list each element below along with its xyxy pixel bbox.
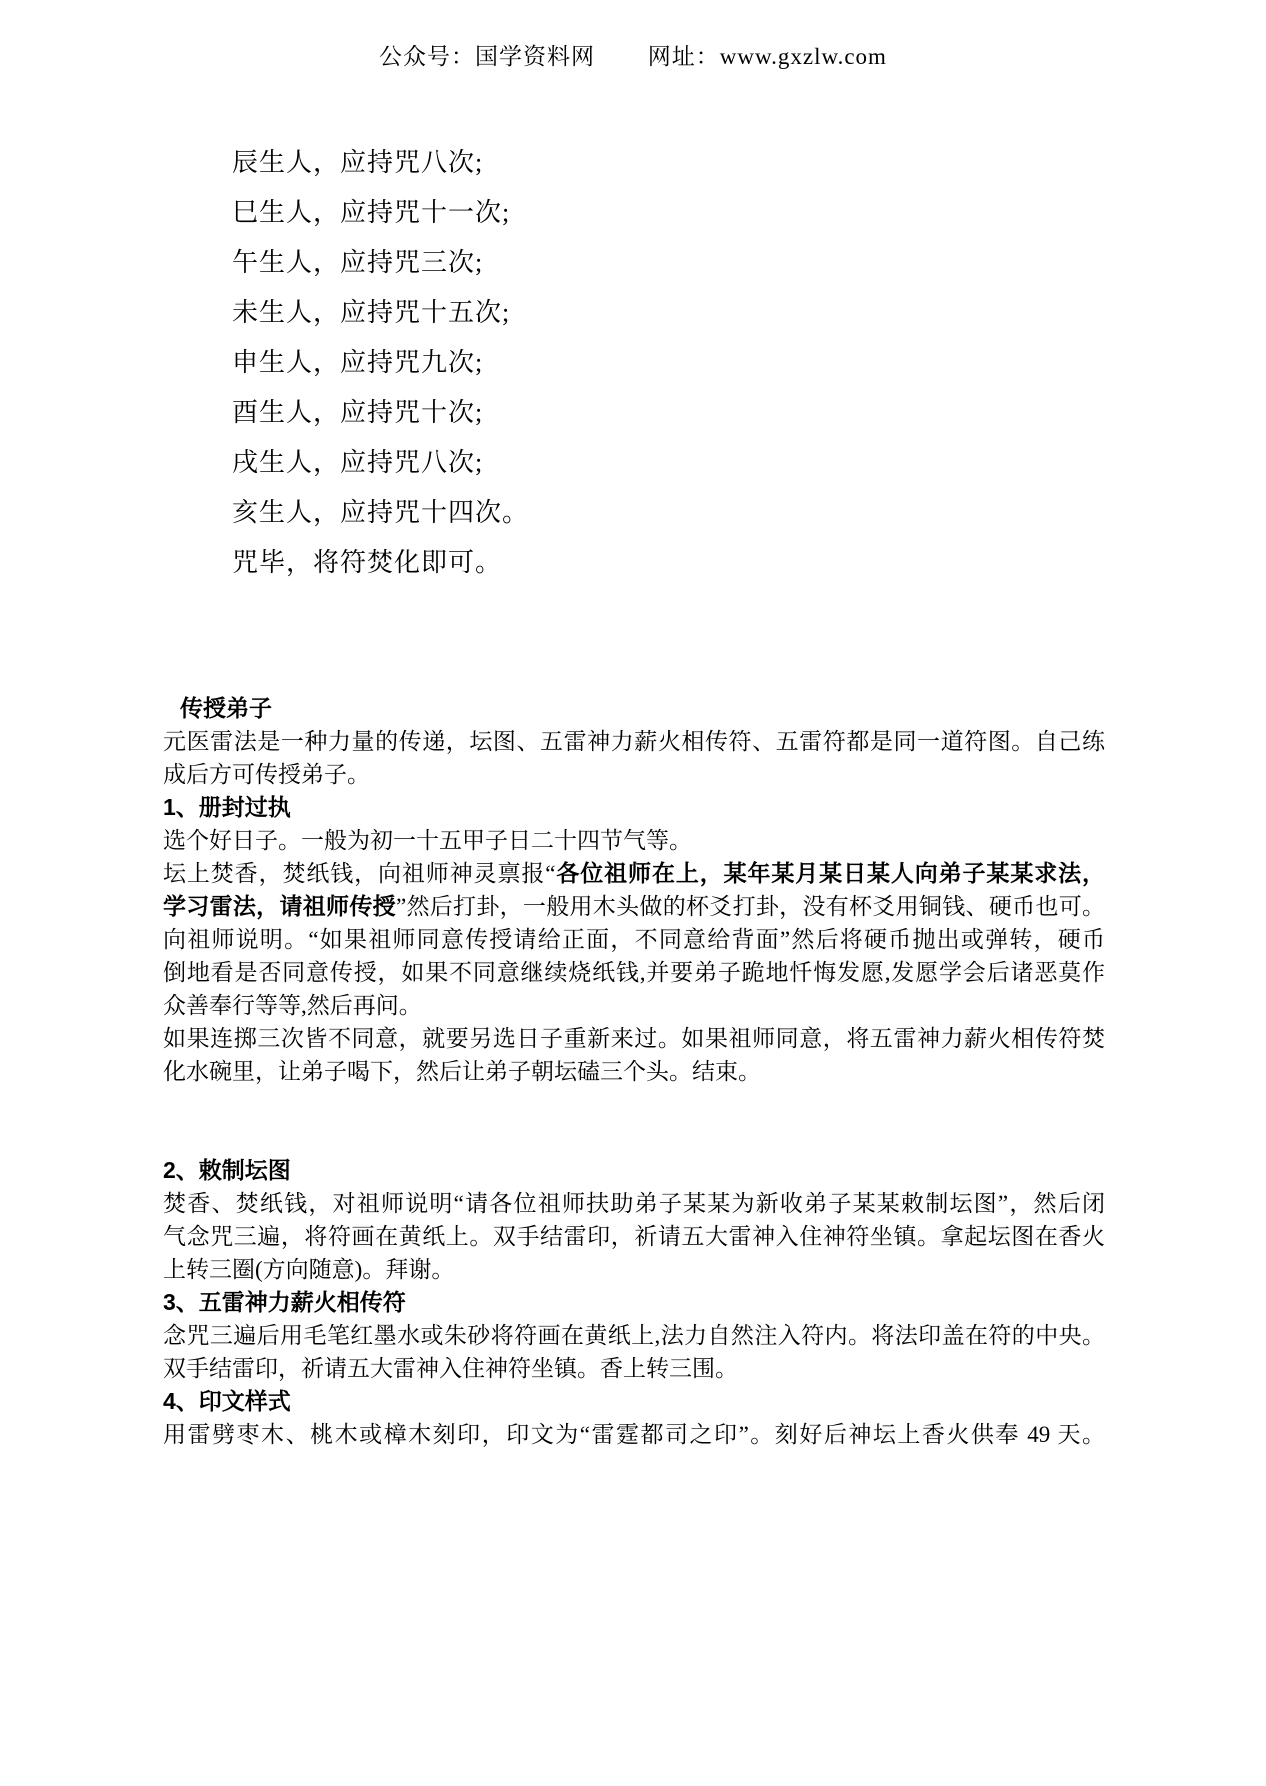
body-line: 向祖师说明。“如果祖师同意传授请给正面，不同意给背面”然后将硬币抛出或弹转，硬币 [163,923,1105,956]
text-segment: 元医雷法是一种力量的传递，坛图、五雷神力薪火相传符、五雷符都是同一道符图。自己练 [163,729,1105,754]
section-heading: 3、五雷神力薪火相传符 [163,1286,1105,1319]
body-line: 念咒三遍后用毛笔红墨水或朱砂将符画在黄纸上,法力自然注入符内。将法印盖在符的中央… [163,1319,1105,1352]
bold-text-segment: 各位祖师在上，某年某月某日某人向弟子某某求法， [555,860,1105,886]
text-segment: 双手结雷印，祈请五大雷神入住神符坐镇。香上转三围。 [163,1356,738,1381]
body-line: 化水碗里，让弟子喝下，然后让弟子朝坛磕三个头。结束。 [163,1055,1105,1088]
text-segment: 用雷劈枣木、桃木或樟木刻印，印文为“雷霆都司之印”。刻好后神坛上香火供奉 49 … [163,1422,1105,1447]
chant-list-item: 亥生人，应持咒十四次。 [232,488,529,538]
bold-text-segment: 1、册封过执 [163,794,291,820]
chant-list-item: 巳生人，应持咒十一次; [232,188,529,238]
body-line: 元医雷法是一种力量的传递，坛图、五雷神力薪火相传符、五雷符都是同一道符图。自己练 [163,725,1105,758]
text-segment: 化水碗里，让弟子喝下，然后让弟子朝坛磕三个头。结束。 [163,1059,761,1084]
bold-text-segment: 3、五雷神力薪火相传符 [163,1289,406,1315]
body-line: 众善奉行等等,然后再问。 [163,989,1105,1022]
chant-list: 辰生人，应持咒八次;巳生人，应持咒十一次;午生人，应持咒三次;未生人，应持咒十五… [232,138,529,588]
body-line: 双手结雷印，祈请五大雷神入住神符坐镇。香上转三围。 [163,1352,1105,1385]
page-header: 公众号：国学资料网 网址：www.gxzlw.com [0,38,1266,71]
paragraph-gap [163,1088,1105,1154]
section-heading: 4、印文样式 [163,1385,1105,1418]
body-line: 成后方可传授弟子。 [163,758,1105,791]
text-segment: 向祖师说明。“如果祖师同意传授请给正面，不同意给背面”然后将硬币抛出或弹转，硬币 [163,927,1105,952]
text-segment: 坛上焚香，焚纸钱，向祖师神灵禀报“ [163,861,555,886]
section-heading: 2、敕制坛图 [163,1154,1105,1187]
chant-list-item: 戌生人，应持咒八次; [232,438,529,488]
text-segment: 焚香、焚纸钱，对祖师说明“请各位祖师扶助弟子某某为新收弟子某某敕制坛图”，然后闭 [163,1191,1105,1216]
chant-list-item: 咒毕，将符焚化即可。 [232,538,529,588]
section-heading: 1、册封过执 [163,791,1105,824]
chant-list-item: 申生人，应持咒九次; [232,338,529,388]
text-segment: 选个好日子。一般为初一十五甲子日二十四节气等。 [163,828,692,853]
chant-list-item: 酉生人，应持咒十次; [232,388,529,438]
text-segment: 上转三圈(方向随意)。拜谢。 [163,1257,454,1282]
body-line: 坛上焚香，焚纸钱，向祖师神灵禀报“各位祖师在上，某年某月某日某人向弟子某某求法， [163,857,1105,890]
body-line: 气念咒三遍，将符画在黄纸上。双手结雷印，祈请五大雷神入住神符坐镇。拿起坛图在香火 [163,1220,1105,1253]
document-page: 公众号：国学资料网 网址：www.gxzlw.com 辰生人，应持咒八次;巳生人… [0,0,1266,1786]
chant-list-item: 辰生人，应持咒八次; [232,138,529,188]
body-line: 如果连掷三次皆不同意，就要另选日子重新来过。如果祖师同意，将五雷神力薪火相传符焚 [163,1022,1105,1055]
body-text: 传授弟子元医雷法是一种力量的传递，坛图、五雷神力薪火相传符、五雷符都是同一道符图… [163,692,1105,1451]
body-line: 学习雷法，请祖师传授”然后打卦，一般用木头做的杯爻打卦，没有杯爻用铜钱、硬币也可… [163,890,1105,923]
section-heading: 传授弟子 [163,692,1105,725]
text-segment: 气念咒三遍，将符画在黄纸上。双手结雷印，祈请五大雷神入住神符坐镇。拿起坛图在香火 [163,1224,1105,1249]
text-segment: 念咒三遍后用毛笔红墨水或朱砂将符画在黄纸上,法力自然注入符内。将法印盖在符的中央… [163,1323,1105,1348]
text-segment: 如果连掷三次皆不同意，就要另选日子重新来过。如果祖师同意，将五雷神力薪火相传符焚 [163,1026,1105,1051]
bold-text-segment: 传授弟子 [180,695,272,721]
body-line: 上转三圈(方向随意)。拜谢。 [163,1253,1105,1286]
bold-text-segment: 2、敕制坛图 [163,1157,291,1183]
header-account-text: 公众号：国学资料网 [379,44,595,69]
chant-list-item: 未生人，应持咒十五次; [232,288,529,338]
text-segment: 倒地看是否同意传授，如果不同意继续烧纸钱,并要弟子跪地忏悔发愿,发愿学会后诸恶莫… [163,960,1105,985]
text-segment: ”然后打卦，一般用木头做的杯爻打卦，没有杯爻用铜钱、硬币也可。 [396,894,1105,919]
body-line: 倒地看是否同意传授，如果不同意继续烧纸钱,并要弟子跪地忏悔发愿,发愿学会后诸恶莫… [163,956,1105,989]
header-website-text: 网址：www.gxzlw.com [648,44,887,69]
body-line: 选个好日子。一般为初一十五甲子日二十四节气等。 [163,824,1105,857]
body-line: 用雷劈枣木、桃木或樟木刻印，印文为“雷霆都司之印”。刻好后神坛上香火供奉 49 … [163,1418,1105,1451]
bold-text-segment: 4、印文样式 [163,1388,291,1414]
text-segment: 众善奉行等等,然后再问。 [163,993,422,1018]
bold-text-segment: 学习雷法，请祖师传授 [163,893,396,919]
text-segment: 成后方可传授弟子。 [163,762,370,787]
body-line: 焚香、焚纸钱，对祖师说明“请各位祖师扶助弟子某某为新收弟子某某敕制坛图”，然后闭 [163,1187,1105,1220]
chant-list-item: 午生人，应持咒三次; [232,238,529,288]
